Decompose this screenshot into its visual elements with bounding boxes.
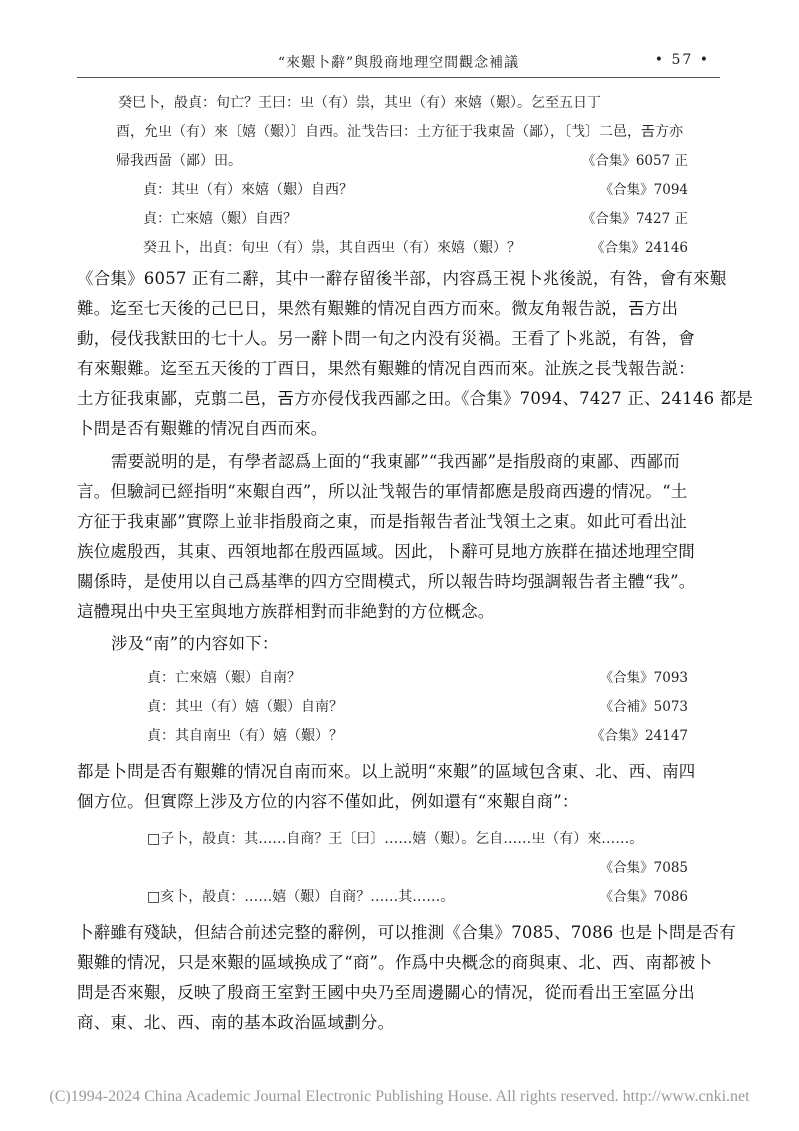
citation: 《合補》5073 (600, 697, 688, 717)
paragraph-line: 需要説明的是，有學者認爲上面的“我東鄙”“我西鄙”是指殷商的東鄙、西鄙而 (111, 451, 680, 473)
paragraph-line: 言。但驗詞已經指明“來艱自西”，所以沚𢦏報告的軍情都應是殷商西邊的情况。“土 (77, 481, 687, 503)
paragraph-line: 動，侵伐我㝬田的七十人。另一辭卜問一旬之内没有災禍。王看了卜兆説，有咎，會 (77, 328, 695, 350)
paragraph-line: 都是卜問是否有艱難的情况自南而來。以上説明“來艱”的區域包含東、北、西、南四 (77, 761, 695, 783)
paragraph-line: 方征于我東鄙”實際上並非指殷商之東，而是指報告者沚𢦏領土之東。如此可看出沚 (77, 511, 687, 533)
page-number: • 57 • (655, 52, 710, 68)
paragraph-line: 商、東、北、西、南的基本政治區域劃分。 (77, 1012, 394, 1034)
citation: 《合集》7085 (600, 858, 688, 878)
citation: 《合集》24147 (591, 726, 688, 746)
inscription-line: □子卜，㱿貞：其……自商？王𠭰〔曰〕……嬉（艱）。乞自……㞢（有）來……。 (147, 829, 643, 849)
paragraph-line: 卜辭雖有殘缺，但結合前述完整的辭例，可以推測《合集》7085、7086 也是卜問… (77, 922, 736, 944)
citation: 《合集》7086 (600, 887, 688, 907)
citation: 《合集》7093 (600, 668, 688, 688)
paragraph-line: 個方位。但實際上涉及方位的内容不僅如此，例如還有“來艱自商”： (77, 791, 579, 813)
inscription-line: 貞：其自南㞢（有）嬉（艱）？ (147, 726, 343, 746)
paragraph-line: 難。迄至七天後的己巳日，果然有艱難的情况自西方而來。微友角報告説，𢀛方出 (77, 298, 678, 320)
citation: 《合集》7094 (600, 180, 688, 200)
inscription-line: □亥卜，㱿貞：……嬉（艱）自商？……其……。 (147, 887, 454, 907)
paragraph-line: 問是否來艱，反映了殷商王室對王國中央乃至周邊關心的情况，從而看出王室區分出 (77, 982, 695, 1004)
inscription-line: 貞：其㞢（有）來嬉（艱）自西？ (143, 180, 353, 200)
inscription-line: 貞：亡來嬉（艱）自西？ (143, 209, 297, 229)
inscription-line: 癸丑卜，出貞：旬㞢（有）祟，其自西㞢（有）來嬉（艱）？ (143, 238, 521, 258)
citation: 《合集》6057 正 (582, 151, 688, 171)
copyright-footer: (C)1994-2024 China Academic Journal Elec… (0, 1088, 799, 1106)
inscription-line: 酉，允㞢（有）來〔嬉（艱）〕自西。沚𢦏告曰：土方征于我東啚（鄙），〔𢦏〕二邑，𢀛… (116, 122, 683, 142)
inscription-line: 貞：亡來嬉（艱）自南？ (147, 668, 301, 688)
inscription-line: 帰我西啚（鄙）田。 (116, 151, 242, 171)
paragraph-line: 族位處殷西，其東、西領地都在殷西區域。因此，卜辭可見地方族群在描述地理空間 (77, 541, 695, 563)
paragraph-line: 有來艱難。迄至五天後的丁酉日，果然有艱難的情况自西而來。沚族之長𢦏報告説： (77, 358, 695, 380)
inscription-line: 癸巳卜，㱿貞：旬亡𡆥？王𠭰曰：㞢（有）祟，其㞢（有）來嬉（艱）。乞至五日丁 (118, 93, 601, 113)
paragraph-line: 關係時，是使用以自己爲基準的四方空間模式，所以報告時均强調報告者主體“我”。 (77, 571, 695, 593)
paragraph-line: 土方征我東鄙，克翦二邑，𢀛方亦侵伐我西鄙之田。《合集》7094、7427 正、2… (77, 388, 753, 410)
running-title: “來艱卜辭”與殷商地理空間觀念補議 (77, 52, 720, 72)
running-header: “來艱卜辭”與殷商地理空間觀念補議 • 57 • (77, 52, 720, 76)
citation: 《合集》24146 (591, 238, 688, 258)
paragraph-line: 艱難的情况，只是來艱的區域换成了“商”。作爲中央概念的商與東、北、西、南都被卜 (77, 952, 712, 974)
paragraph-line: 卜問是否有艱難的情况自西而來。 (77, 418, 328, 440)
paragraph-3: 涉及“南”的内容如下： (111, 633, 279, 655)
paragraph-line: 《合集》6057 正有二辭，其中一辭存留後半部，内容爲王視卜兆後説，有咎，會有來… (77, 268, 726, 290)
inscription-line: 貞：其㞢（有）嬉（艱）自南？ (147, 697, 343, 717)
citation: 《合集》7427 正 (582, 209, 688, 229)
paragraph-line: 這體現出中央王室與地方族群相對而非絶對的方位概念。 (77, 601, 495, 623)
header-rule (77, 77, 720, 78)
